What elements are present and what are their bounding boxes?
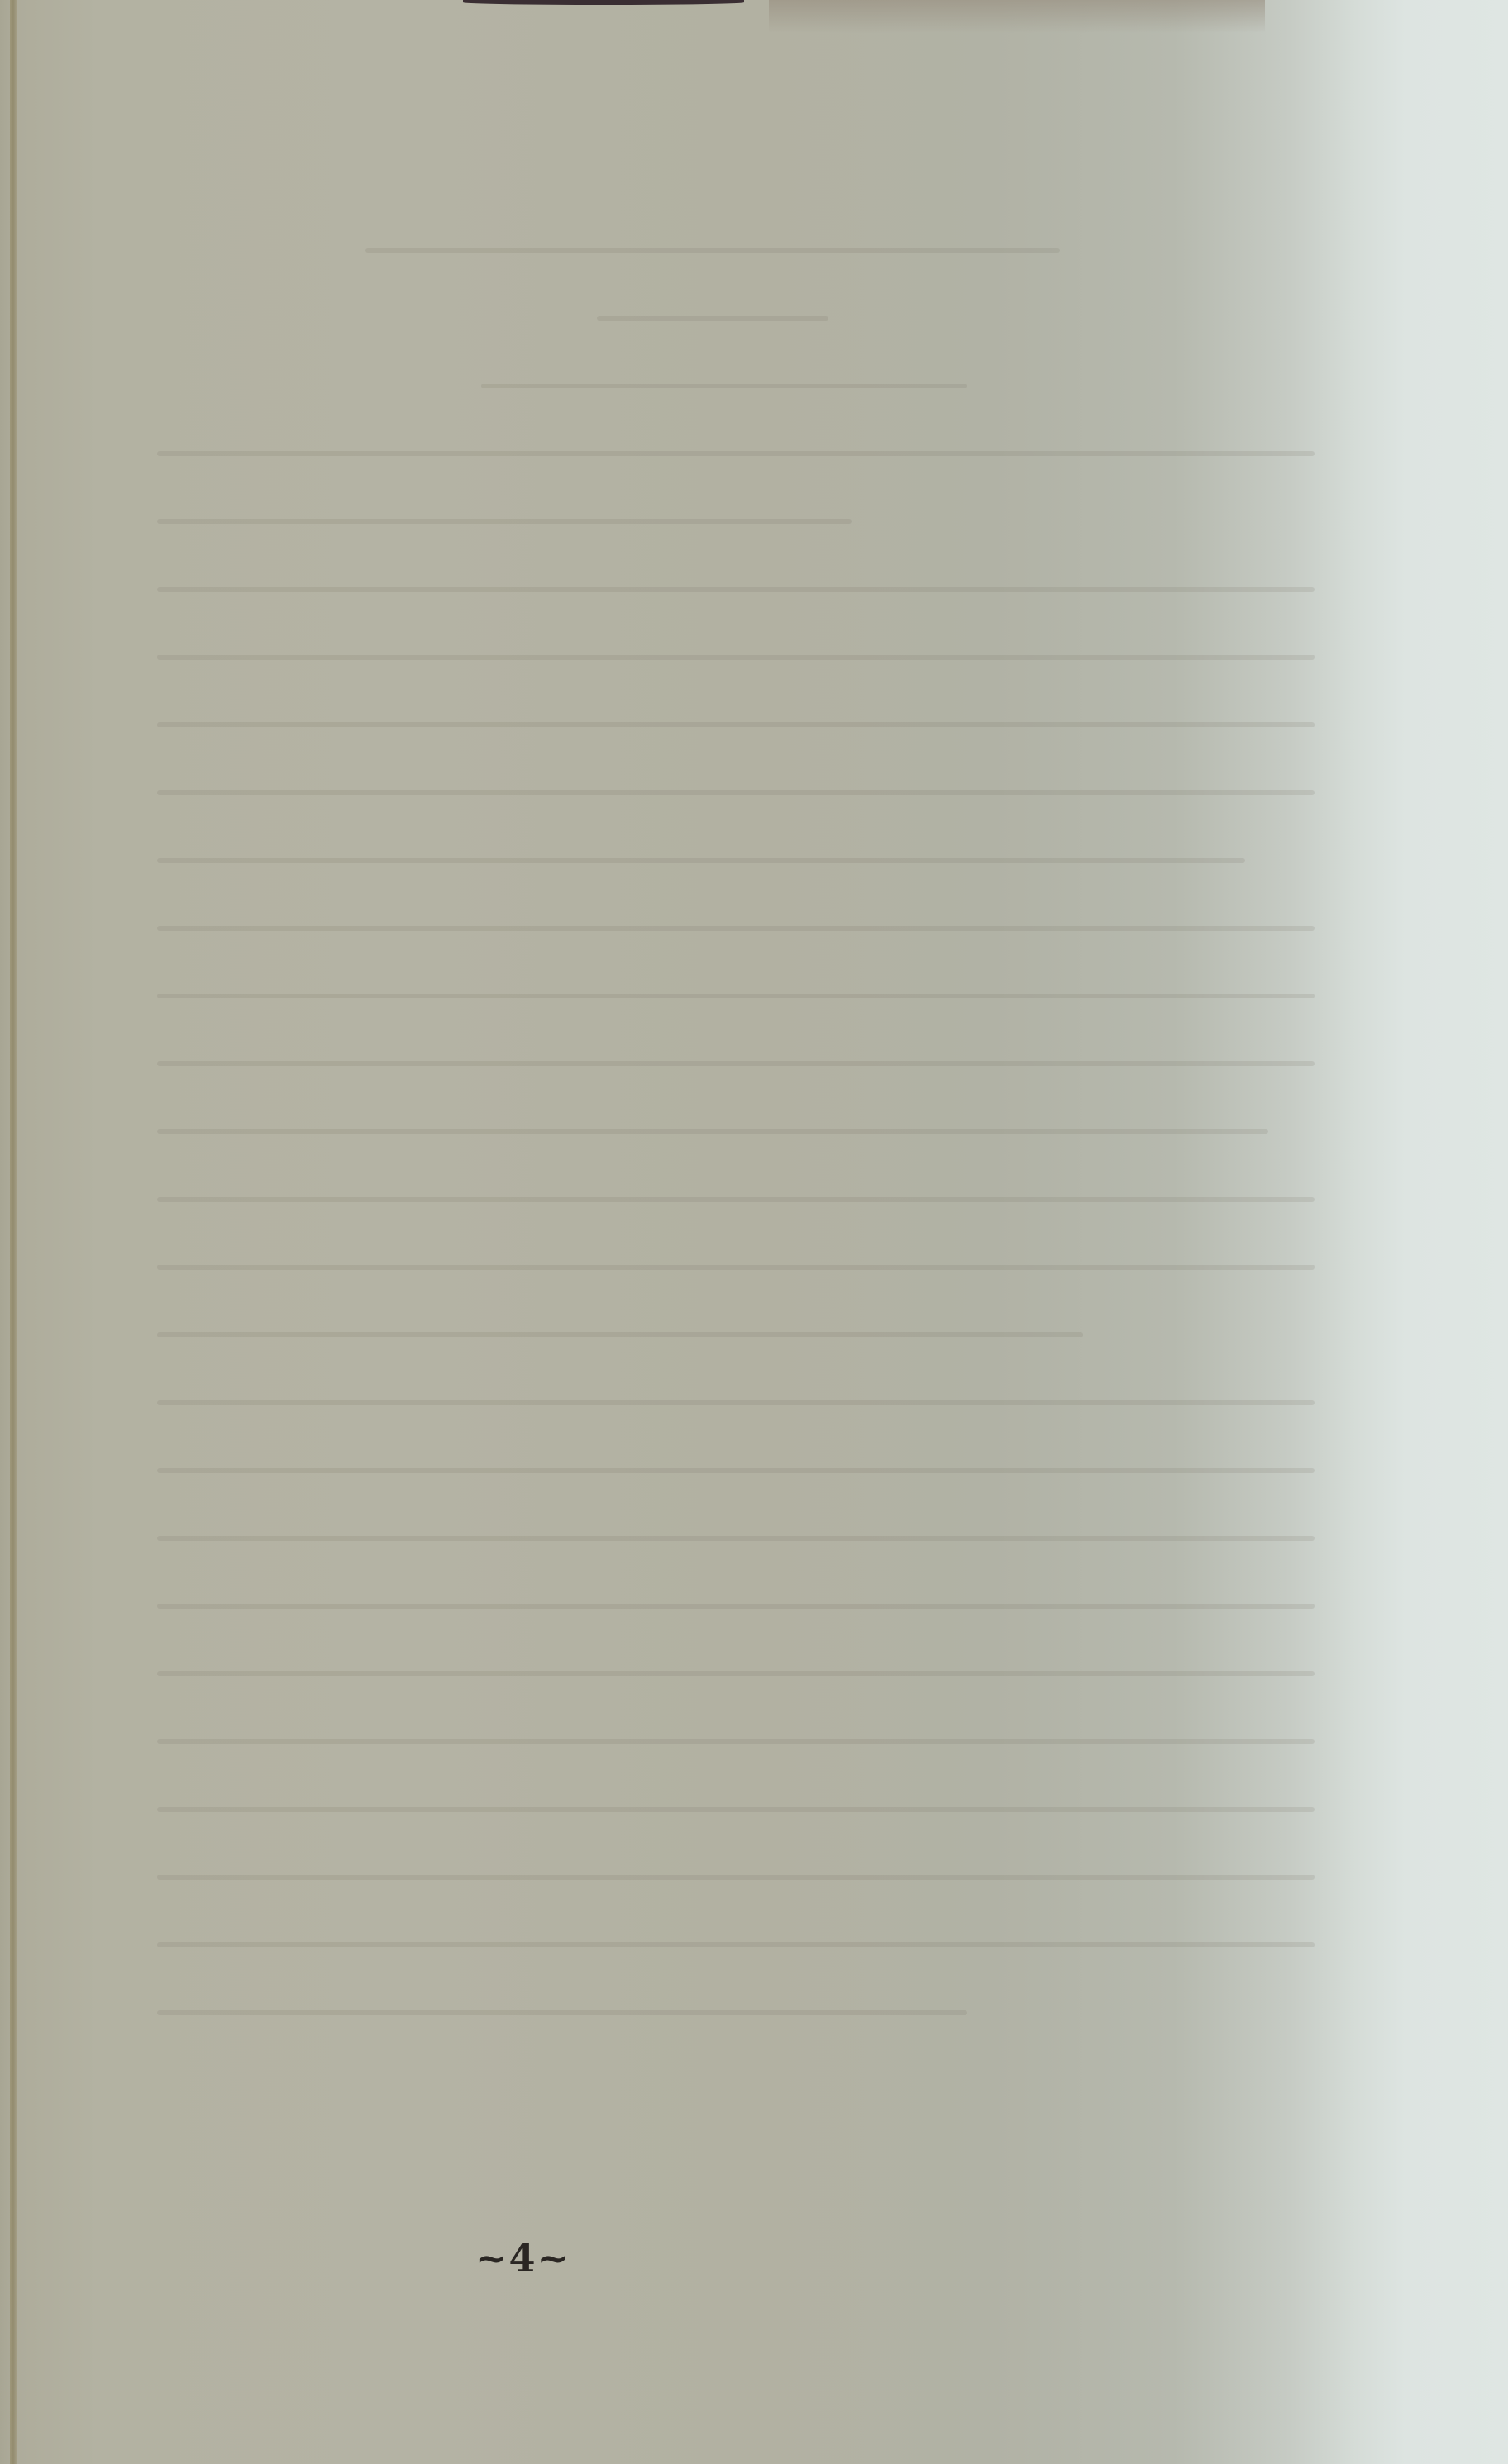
faded-text-line: [157, 451, 1315, 456]
faded-text-line: [157, 926, 1315, 931]
faded-text-line: [157, 655, 1315, 660]
binding-edge: [10, 0, 17, 2464]
faded-text-line: [157, 1265, 1315, 1270]
faded-text-line: [157, 587, 1315, 592]
top-edge-discoloration: [769, 0, 1265, 33]
faded-text-line: [157, 1400, 1315, 1405]
faded-text-line: [157, 858, 1245, 863]
faded-text-line: [157, 2010, 967, 2015]
faded-text-line: [481, 384, 967, 388]
page-number: ~4~: [475, 2236, 570, 2281]
faded-text-line: [157, 1604, 1315, 1609]
faded-text-line: [157, 1807, 1315, 1812]
faded-text-line: [157, 994, 1315, 998]
faded-text-line: [157, 1875, 1315, 1880]
faded-text-line: [157, 519, 852, 524]
faded-text-line: [157, 1129, 1268, 1134]
top-edge-shadow: [463, 0, 744, 5]
faded-text-line: [157, 1468, 1315, 1473]
faded-text-line: [157, 1197, 1315, 1202]
faded-text-line: [157, 1739, 1315, 1744]
faded-text-line: [157, 722, 1315, 727]
faded-text-line: [157, 1332, 1083, 1337]
faded-text-line: [157, 1061, 1315, 1066]
faded-text-line: [365, 248, 1060, 253]
faded-text-line: [157, 1942, 1315, 1947]
faded-text-line: [597, 316, 828, 321]
faded-text-line: [157, 790, 1315, 795]
faded-text-line: [157, 1671, 1315, 1676]
faded-text-line: [157, 1536, 1315, 1541]
scanned-page: ~4~: [0, 0, 1508, 2464]
faded-body-text: [157, 248, 1315, 2078]
